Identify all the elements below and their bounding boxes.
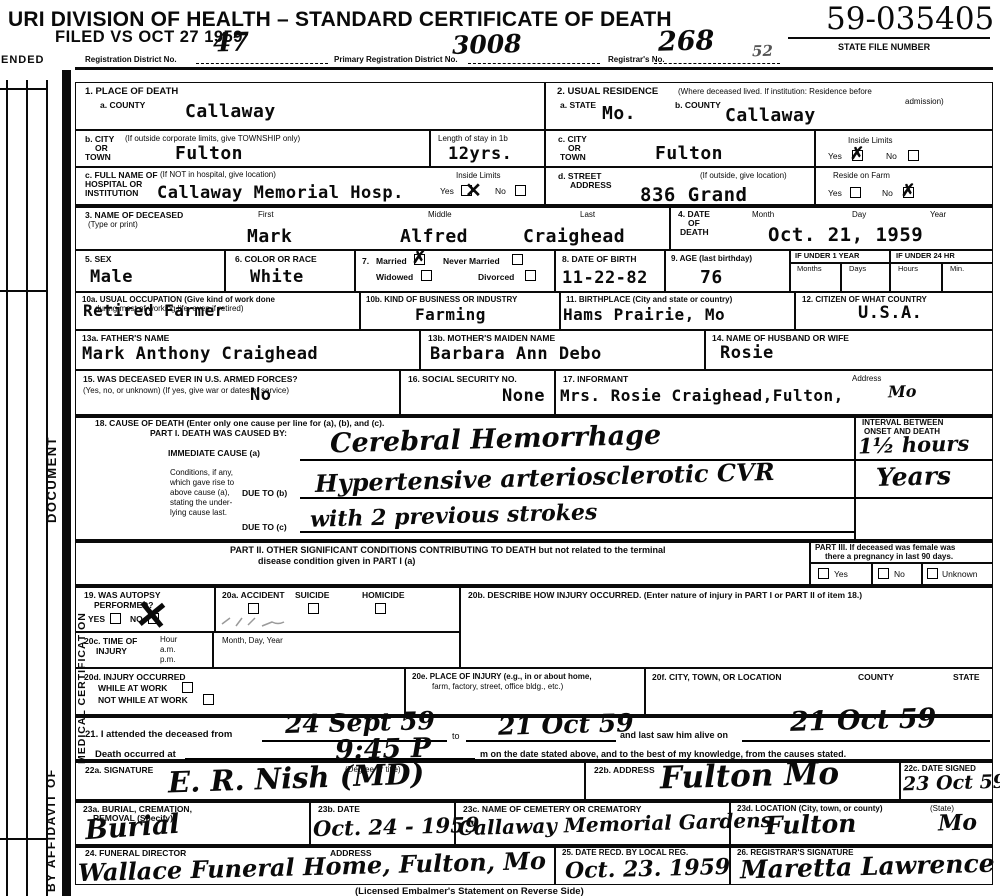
registration-district-label: Registration District No. bbox=[85, 55, 177, 64]
conditions-note-3: above cause (a), bbox=[170, 488, 230, 497]
injury-state-label: STATE bbox=[953, 672, 980, 682]
margin-rule-2 bbox=[26, 80, 28, 896]
informant-label: 17. INFORMANT bbox=[563, 374, 628, 384]
am-label: a.m. bbox=[160, 645, 176, 654]
farm-yes-label: Yes bbox=[828, 188, 842, 198]
registration-district-line bbox=[196, 63, 328, 64]
never-married-checkbox bbox=[512, 254, 523, 265]
age-label: 9. AGE (last birthday) bbox=[671, 254, 752, 263]
occupation-value: Retired Farmer bbox=[83, 301, 225, 320]
pregnancy-no-checkbox bbox=[878, 568, 889, 579]
pregnancy-no-label: No bbox=[894, 569, 905, 579]
date-of-death-value: Oct. 21, 1959 bbox=[768, 224, 923, 246]
immediate-cause-label: IMMEDIATE CAUSE (a) bbox=[168, 448, 260, 458]
describe-injury-label: 20b. DESCRIBE HOW INJURY OCCURRED. (Ente… bbox=[468, 590, 862, 600]
street-address-value: 836 Grand bbox=[640, 184, 747, 206]
social-security-value: None bbox=[502, 386, 545, 406]
place-of-death-title: 1. PLACE OF DEATH bbox=[85, 86, 178, 97]
informant-value: Mrs. Rosie Craighead,Fulton, bbox=[560, 386, 844, 405]
birthplace-value: Hams Prairie, Mo bbox=[563, 305, 725, 324]
time-of-injury-label-1: 20c. TIME OF bbox=[84, 636, 137, 646]
cause-b-line bbox=[300, 497, 993, 499]
conditions-note-2: which gave rise to bbox=[170, 478, 234, 487]
injury-occurred-label: 20d. INJURY OCCURRED bbox=[84, 672, 186, 682]
header-divider bbox=[75, 67, 993, 70]
residence-state-value: Mo. bbox=[602, 103, 636, 124]
last-name-header: Last bbox=[580, 210, 595, 219]
middle-name-header: Middle bbox=[428, 210, 452, 219]
mother-name-value: Barbara Ann Debo bbox=[430, 344, 602, 364]
signer-address-handwritten: Fulton Mo bbox=[660, 756, 840, 797]
residence-county-label: b. COUNTY bbox=[675, 100, 721, 110]
type-or-print-hint: (Type or print) bbox=[88, 220, 138, 229]
injury-county-label: COUNTY bbox=[858, 672, 894, 682]
time-of-injury-divider bbox=[212, 632, 214, 668]
registrars-no-value: 268 bbox=[658, 25, 715, 57]
business-industry-value: Farming bbox=[415, 305, 486, 324]
date-signed-handwritten: 23 Oct 59 bbox=[903, 771, 1000, 796]
signer-address-label: 22b. ADDRESS bbox=[594, 765, 655, 775]
death-occurred-label: Death occurred at bbox=[95, 749, 176, 760]
months-header: Months bbox=[797, 265, 822, 274]
days-header: Days bbox=[849, 265, 866, 274]
hosp-inside-no-checkbox bbox=[515, 185, 526, 196]
hosp-inside-no-label: No bbox=[495, 186, 506, 196]
suicide-label: SUICIDE bbox=[295, 590, 329, 600]
street-address-hint: (If outside, give location) bbox=[700, 171, 787, 180]
conditions-note-5: lying cause last. bbox=[170, 508, 227, 517]
place-of-injury-label-1: 20e. PLACE OF INJURY (e.g., in or about … bbox=[412, 672, 592, 681]
date-of-birth-value: 11-22-82 bbox=[562, 268, 648, 288]
length-of-stay-value: 12yrs. bbox=[448, 144, 512, 164]
state-file-rule bbox=[788, 37, 990, 39]
time-of-injury-label-2: INJURY bbox=[96, 646, 127, 656]
usual-residence-hint2: admission) bbox=[905, 97, 944, 106]
usual-residence-hint: (Where deceased lived. If institution: R… bbox=[678, 87, 872, 96]
primary-district-line bbox=[468, 63, 600, 64]
registrars-no-line bbox=[654, 63, 780, 64]
state-file-number-label: STATE FILE NUMBER bbox=[838, 42, 930, 53]
date-of-death-label-3: DEATH bbox=[680, 227, 709, 237]
last-saw-value: 21 Oct 59 bbox=[790, 703, 937, 738]
burial-type-handwritten: Burial bbox=[84, 809, 181, 847]
cause-c-line bbox=[300, 531, 855, 533]
divorced-label: Divorced bbox=[478, 272, 514, 282]
death-certificate-scan: ENDED DOCUMENT BY AFFIDAVIT OF MEDICAL C… bbox=[0, 0, 1000, 896]
part3-divider bbox=[810, 562, 993, 564]
residence-city-value: Fulton bbox=[655, 143, 723, 164]
death-month-header: Month bbox=[752, 210, 774, 219]
first-name-header: First bbox=[258, 210, 274, 219]
part3-col-divider-2 bbox=[921, 562, 923, 585]
hours-header: Hours bbox=[898, 265, 918, 274]
accident-label: 20a. ACCIDENT bbox=[222, 590, 285, 600]
conditions-note-4: stating the under- bbox=[170, 498, 232, 507]
primary-district-label: Primary Registration District No. bbox=[334, 55, 458, 64]
residence-inside-no-label: No bbox=[886, 151, 897, 161]
hospital-value: Callaway Memorial Hosp. bbox=[157, 183, 404, 203]
primary-district-value: 3008 bbox=[452, 29, 522, 60]
interval-a-handwritten: 1½ hours bbox=[858, 431, 970, 459]
part3-col-divider-1 bbox=[871, 562, 873, 585]
spouse-name-value: Rosie bbox=[720, 343, 774, 363]
min-header: Min. bbox=[950, 265, 964, 274]
cemetery-state-handwritten: Mo bbox=[938, 809, 978, 836]
attended-to-line bbox=[466, 740, 616, 742]
citizen-value: U.S.A. bbox=[858, 303, 922, 323]
residence-inside-yes-label: Yes bbox=[828, 151, 842, 161]
length-of-stay-label: Length of stay in 1b bbox=[438, 134, 508, 143]
farm-no-checkbox-checked bbox=[903, 187, 914, 198]
while-at-work-checkbox bbox=[182, 682, 193, 693]
month-day-year-label: Month, Day, Year bbox=[222, 636, 283, 645]
informant-address-header: Address bbox=[852, 374, 881, 383]
part1-label: PART I. DEATH WAS CAUSED BY: bbox=[150, 428, 287, 438]
attended-to-label: to bbox=[452, 731, 460, 742]
certificate-number: 59-035405 bbox=[826, 1, 994, 37]
farm-no-label: No bbox=[882, 188, 893, 198]
conditions-note-1: Conditions, if any, bbox=[170, 468, 233, 477]
margin-tick-top bbox=[0, 88, 48, 90]
margin-tick-mid bbox=[0, 290, 48, 292]
county-of-death-label: a. COUNTY bbox=[100, 100, 145, 110]
pm-label: p.m. bbox=[160, 655, 176, 664]
hosp-inside-yes-label: Yes bbox=[440, 186, 454, 196]
last-saw-line bbox=[742, 740, 990, 742]
homicide-label: HOMICIDE bbox=[362, 590, 405, 600]
city-of-death-value: Fulton bbox=[175, 143, 243, 164]
pregnancy-yes-label: Yes bbox=[834, 569, 848, 579]
part2-label-1: PART II. OTHER SIGNIFICANT CONDITIONS CO… bbox=[230, 545, 666, 556]
signature-label: 22a. SIGNATURE bbox=[85, 765, 153, 775]
burial-date-handwritten: Oct. 24 - 1959 bbox=[313, 812, 480, 841]
attended-from-label: 21. I attended the deceased from bbox=[85, 729, 232, 740]
last-name-value: Craighead bbox=[523, 226, 625, 247]
cemetery-city-handwritten: Fulton bbox=[765, 809, 857, 840]
age-value: 76 bbox=[700, 267, 723, 288]
document-vertical-label: DOCUMENT bbox=[44, 418, 59, 523]
while-at-work-label: WHILE AT WORK bbox=[98, 683, 167, 693]
spouse-name-label: 14. NAME OF HUSBAND OR WIFE bbox=[712, 333, 849, 343]
mother-name-label: 13b. MOTHER'S MAIDEN NAME bbox=[428, 333, 555, 343]
registrars-no-extra: 52 bbox=[752, 42, 773, 61]
usual-residence-title: 2. USUAL RESIDENCE bbox=[557, 86, 658, 97]
attended-to-value: 21 Oct 59 bbox=[498, 708, 634, 741]
under24-col-divider bbox=[941, 262, 943, 292]
armed-forces-label: 15. WAS DECEASED EVER IN U.S. ARMED FORC… bbox=[83, 374, 298, 384]
not-while-at-work-label: NOT WHILE AT WORK bbox=[98, 695, 188, 705]
middle-name-value: Alfred bbox=[400, 226, 468, 247]
death-day-header: Day bbox=[852, 210, 866, 219]
informant-state-handwritten: Mo bbox=[888, 382, 917, 402]
place-of-injury-label-2: farm, factory, street, office bldg., etc… bbox=[432, 682, 563, 691]
embalmer-note: (Licensed Embalmer's Statement on Revers… bbox=[355, 886, 584, 896]
sex-value: Male bbox=[90, 267, 133, 287]
widowed-checkbox bbox=[421, 270, 432, 281]
color-race-value: White bbox=[250, 267, 304, 287]
father-name-label: 13a. FATHER'S NAME bbox=[82, 333, 169, 343]
residence-inside-yes-checkbox-checked bbox=[852, 150, 863, 161]
last-saw-alive-label: and last saw him alive on bbox=[620, 730, 728, 741]
residence-state-label: a. STATE bbox=[560, 100, 596, 110]
margin-rule-1 bbox=[6, 80, 8, 896]
residence-city-town: TOWN bbox=[560, 152, 586, 162]
divorced-checkbox bbox=[525, 270, 536, 281]
cell-residence-inside-limits bbox=[815, 130, 993, 167]
residence-county-value: Callaway bbox=[725, 105, 816, 126]
farm-yes-checkbox bbox=[850, 187, 861, 198]
city-of-death-town: TOWN bbox=[85, 152, 111, 162]
by-affidavit-of-vertical-label: BY AFFIDAVIT OF bbox=[44, 752, 58, 892]
not-while-at-work-checkbox bbox=[203, 694, 214, 705]
hospital-hint: (If NOT in hospital, give location) bbox=[160, 170, 276, 179]
social-security-label: 16. SOCIAL SECURITY NO. bbox=[408, 374, 517, 384]
street-address-label2: ADDRESS bbox=[570, 180, 612, 190]
first-name-value: Mark bbox=[247, 226, 292, 247]
color-race-label: 6. COLOR OR RACE bbox=[235, 254, 317, 264]
reside-on-farm-label: Reside on Farm bbox=[833, 171, 890, 180]
pregnancy-unknown-checkbox bbox=[927, 568, 938, 579]
death-year-header: Year bbox=[930, 210, 946, 219]
margin-tick-bottom bbox=[0, 838, 48, 840]
cause-of-death-label: 18. CAUSE OF DEATH (Enter only one cause… bbox=[95, 418, 384, 428]
autopsy-yes-checkbox bbox=[110, 613, 121, 624]
married-label: Married bbox=[376, 256, 407, 266]
hour-label: Hour bbox=[160, 635, 177, 644]
autopsy-yes-label: YES bbox=[88, 614, 105, 624]
margin-heavy-bar bbox=[62, 70, 71, 896]
pregnancy-yes-checkbox bbox=[818, 568, 829, 579]
due-to-b-label: DUE TO (b) bbox=[242, 488, 287, 498]
pregnancy-unknown-label: Unknown bbox=[942, 569, 977, 579]
married-checkbox-checked bbox=[414, 254, 425, 265]
name-of-deceased-label: 3. NAME OF DECEASED bbox=[85, 210, 183, 220]
date-of-birth-label: 8. DATE OF BIRTH bbox=[562, 254, 636, 264]
due-to-c-label: DUE TO (c) bbox=[242, 522, 287, 532]
part2-label-2: disease condition given in PART I (a) bbox=[258, 556, 415, 567]
sex-label: 5. SEX bbox=[85, 254, 111, 264]
homicide-checkbox bbox=[375, 603, 386, 614]
armed-forces-value: No bbox=[250, 385, 271, 405]
county-of-death-value: Callaway bbox=[185, 101, 276, 122]
if-under-1-year-label: IF UNDER 1 YEAR bbox=[795, 252, 859, 261]
residence-inside-no-checkbox bbox=[908, 150, 919, 161]
hospital-label-3: INSTITUTION bbox=[85, 188, 138, 198]
part3-label-2: there a pregnancy in last 90 days. bbox=[825, 552, 953, 561]
stray-pencil-marks bbox=[218, 612, 308, 630]
father-name-value: Mark Anthony Craighead bbox=[82, 344, 318, 364]
burial-date-label: 23b. DATE bbox=[318, 804, 360, 814]
business-industry-label: 10b. KIND OF BUSINESS OR INDUSTRY bbox=[366, 295, 517, 304]
under1-col-divider bbox=[840, 262, 842, 292]
registration-district-value: 47 bbox=[213, 28, 250, 59]
suicide-checkbox bbox=[308, 603, 319, 614]
birthplace-label: 11. BIRTHPLACE (City and state or countr… bbox=[566, 295, 732, 304]
injury-city-label: 20f. CITY, TOWN, OR LOCATION bbox=[652, 672, 782, 682]
widowed-label: Widowed bbox=[376, 272, 413, 282]
amended-label-cut: ENDED bbox=[1, 54, 45, 67]
never-married-label: Never Married bbox=[443, 256, 500, 266]
marital-number: 7. bbox=[362, 256, 369, 266]
date-received-handwritten: Oct. 23. 1959 bbox=[565, 854, 731, 884]
hosp-inside-yes-xmark bbox=[465, 178, 482, 202]
if-under-24-hr-label: IF UNDER 24 HR bbox=[896, 252, 955, 261]
interval-b-handwritten: Years bbox=[876, 461, 952, 492]
